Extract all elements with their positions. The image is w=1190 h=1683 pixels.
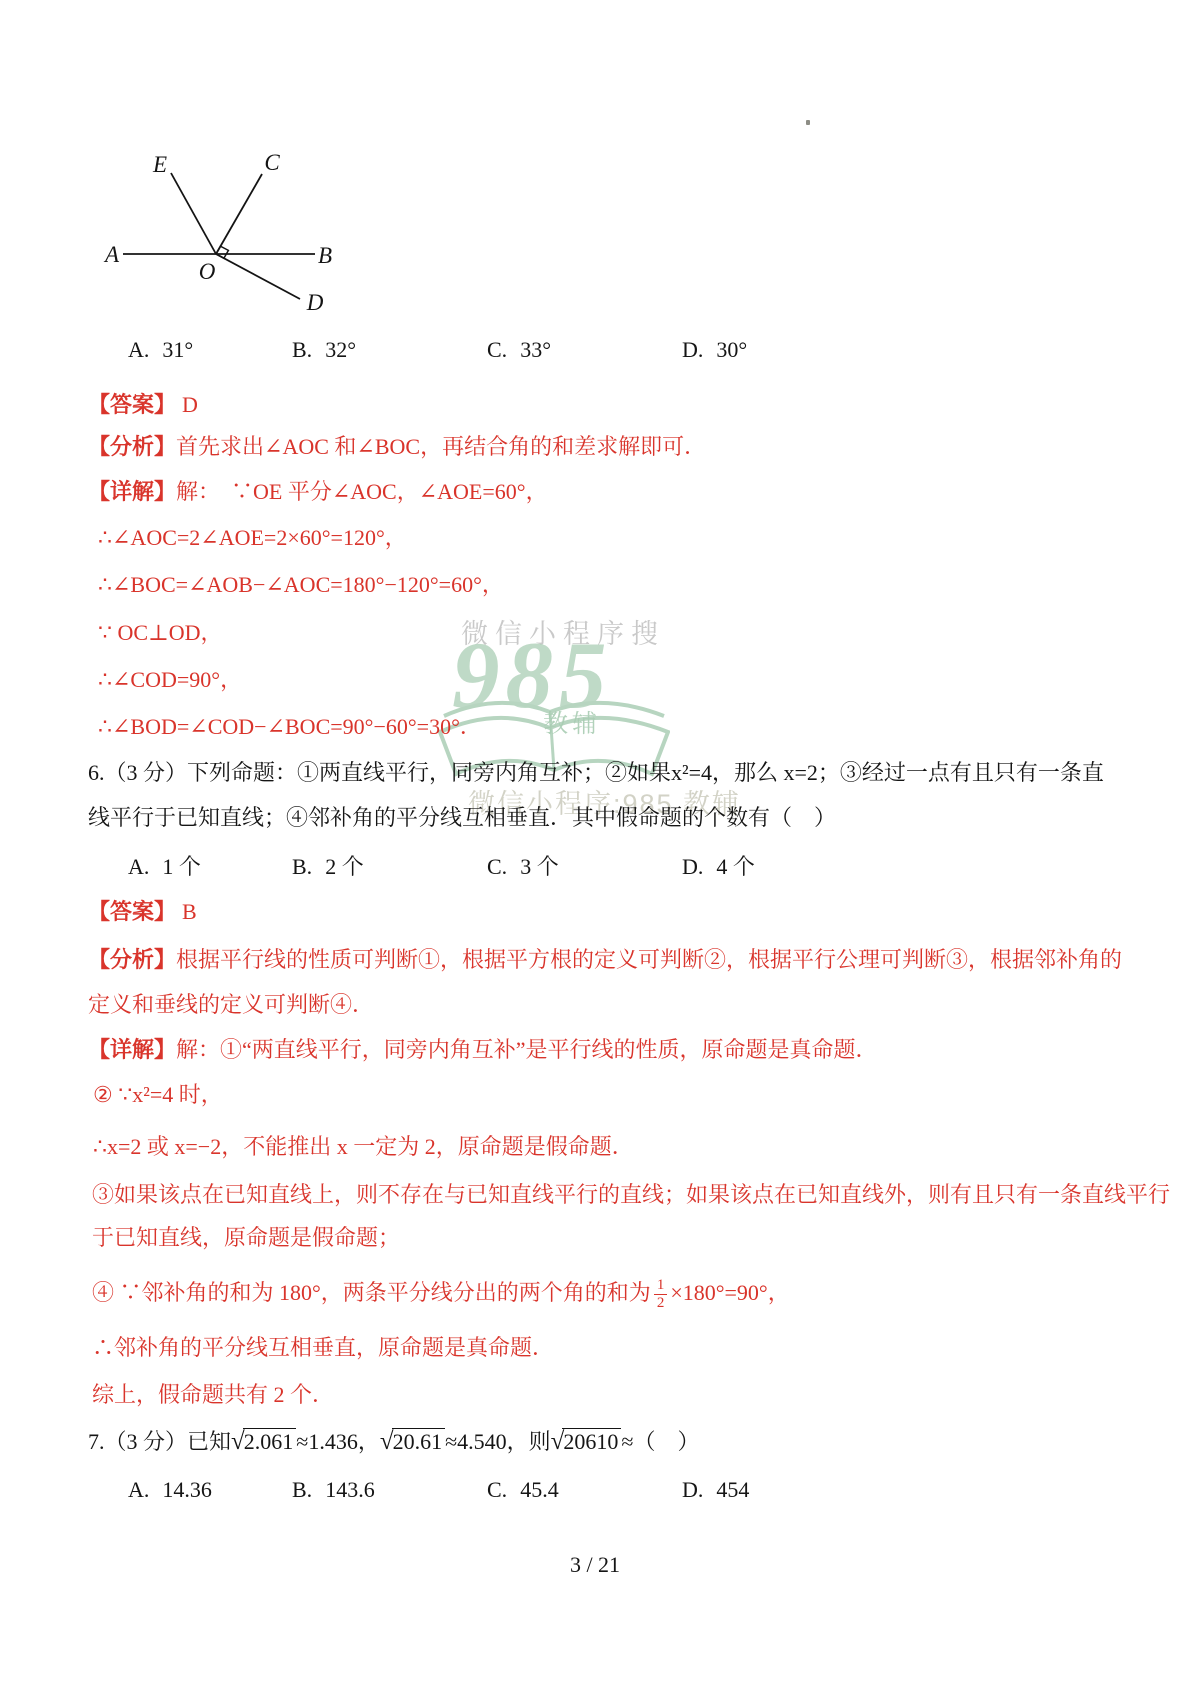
sqrt-expression-2: √20.61	[380, 1429, 445, 1454]
q6-step4-suffix: ×180°=90°，	[670, 1280, 789, 1305]
q6-stem-line1: 6.（3 分）下列命题：①两直线平行，同旁内角互补；②如果x²=4，那么 x=2…	[88, 757, 1104, 789]
detail-label: 【详解】	[88, 1037, 176, 1062]
q6-step-4b: ∴邻补角的平分线互相垂直，原命题是真命题．	[92, 1332, 554, 1364]
q5-option-d: D.30°	[682, 334, 747, 366]
q5-answer-value: D	[182, 392, 198, 417]
q6-step4-prefix: ④ ∵邻补角的和为 180°，两条平分线分出的两个角的和为	[92, 1280, 651, 1305]
detail-label: 【详解】	[88, 479, 176, 504]
q5-step-2: ∴∠BOC=∠AOB−∠AOC=180°−120°=60°，	[98, 569, 504, 601]
q6-detail-text1: 解：①“两直线平行，同旁内角互补”是平行线的性质，原命题是真命题．	[176, 1037, 878, 1062]
one-half-fraction: 12	[654, 1277, 668, 1313]
q6-answer-value: B	[182, 899, 197, 924]
analysis-label: 【分析】	[88, 947, 176, 972]
q6-option-a: A.1 个	[128, 851, 201, 883]
sqrt-expression-1: √2.061	[231, 1429, 296, 1454]
q5-detail-intro: 解： ∵OE 平分∠AOC，∠AOE=60°，	[176, 479, 548, 504]
answer-label: 【答案】	[88, 899, 176, 924]
exam-solution-page: 微信小程序搜 985 教辅 微信小程序:985 教辅 E C A B O D	[0, 0, 1190, 1683]
figure-label-C: C	[264, 150, 280, 175]
figure-label-B: B	[318, 243, 332, 268]
q6-step-3b: 于已知直线，原命题是假命题；	[92, 1222, 400, 1254]
analysis-label: 【分析】	[88, 434, 176, 459]
q6-analysis-line2: 定义和垂线的定义可判断④．	[88, 989, 374, 1021]
figure-label-O: O	[199, 259, 216, 284]
q6-step-2a: ② ∵x²=4 时，	[93, 1079, 223, 1111]
q5-option-b: B.32°	[292, 334, 356, 366]
q7-option-b: B.143.6	[292, 1474, 375, 1506]
q6-step-4a: ④ ∵邻补角的和为 180°，两条平分线分出的两个角的和为12×180°=90°…	[92, 1270, 790, 1316]
watermark-jiaofu-text: 教辅	[543, 704, 601, 740]
sqrt-expression-3: √20610	[551, 1429, 622, 1454]
q6-step-2b: ∴x=2 或 x=−2，不能推出 x 一定为 2，原命题是假命题．	[93, 1131, 634, 1163]
figure-label-D: D	[306, 290, 324, 315]
q5-step-5: ∴∠BOD=∠COD−∠BOC=90°−60°=30°．	[98, 711, 482, 743]
answer-label: 【答案】	[88, 392, 176, 417]
ray-OD	[216, 254, 300, 299]
figure-label-E: E	[152, 152, 167, 177]
q6-analysis-line1: 【分析】根据平行线的性质可判断①，根据平方根的定义可判断②，根据平行公理可判断③…	[88, 944, 1122, 976]
q5-options-row: A.31° B.32° C.33° D.30°	[0, 334, 1100, 366]
q7-options-row: A.14.36 B.143.6 C.45.4 D.454	[0, 1474, 1100, 1506]
q6-answer-line: 【答案】B	[88, 896, 197, 928]
q6-option-b: B.2 个	[292, 851, 364, 883]
q7-option-c: C.45.4	[487, 1474, 559, 1506]
q5-analysis-text: 首先求出∠AOC 和∠BOC，再结合角的和差求解即可．	[176, 434, 706, 459]
q5-analysis-line: 【分析】首先求出∠AOC 和∠BOC，再结合角的和差求解即可．	[88, 431, 706, 463]
q6-options-row: A.1 个 B.2 个 C.3 个 D.4 个	[0, 851, 1100, 883]
q6-detail-line1: 【详解】解：①“两直线平行，同旁内角互补”是平行线的性质，原命题是真命题．	[88, 1034, 878, 1066]
q5-step-1: ∴∠AOC=2∠AOE=2×60°=120°，	[98, 522, 407, 554]
q5-answer-line: 【答案】D	[88, 389, 198, 421]
q6-conclusion: 综上，假命题共有 2 个．	[92, 1379, 334, 1411]
page-artifact-dot	[806, 120, 810, 125]
q7-stem-prefix: 7.（3 分）已知	[88, 1429, 231, 1454]
q5-option-c: C.33°	[487, 334, 551, 366]
q6-step-3a: ③如果该点在已知直线上，则不存在与已知直线平行的直线；如果该点在已知直线外，则有…	[92, 1179, 1170, 1211]
q7-option-d: D.454	[682, 1474, 749, 1506]
q7-option-a: A.14.36	[128, 1474, 212, 1506]
q6-analysis-text1: 根据平行线的性质可判断①，根据平方根的定义可判断②，根据平行公理可判断③，根据邻…	[176, 947, 1122, 972]
q6-option-d: D.4 个	[682, 851, 755, 883]
ray-OE	[171, 173, 216, 254]
q5-detail-line: 【详解】解： ∵OE 平分∠AOC，∠AOE=60°，	[88, 476, 548, 508]
geometry-figure: E C A B O D	[88, 126, 338, 326]
q6-stem-line2: 线平行于已知直线；④邻补角的平分线互相垂直．其中假命题的个数有（ ）	[88, 802, 836, 834]
q7-stem: 7.（3 分）已知√2.061≈1.436，√20.61≈4.540，则√206…	[88, 1426, 699, 1458]
q5-option-a: A.31°	[128, 334, 193, 366]
q7-stem-suffix: ≈（ ）	[621, 1429, 699, 1454]
ray-OC	[216, 174, 262, 254]
q6-option-c: C.3 个	[487, 851, 559, 883]
q5-step-3: ∵ OC⊥OD，	[98, 617, 223, 649]
q5-step-4: ∴∠COD=90°，	[98, 664, 242, 696]
page-number: 3 / 21	[0, 1549, 1190, 1581]
figure-label-A: A	[103, 242, 120, 267]
